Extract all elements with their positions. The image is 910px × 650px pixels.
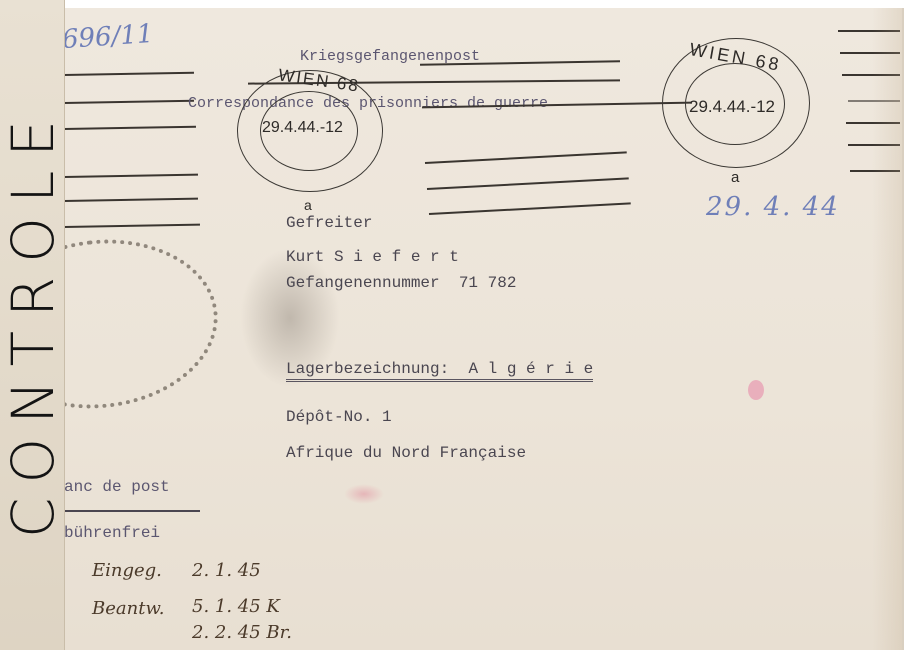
censor-strip: CONTROLE <box>0 0 65 650</box>
recipient-rank: Gefreiter <box>286 214 372 232</box>
camp-name: A l g é r i e <box>468 360 593 378</box>
franking-line1: anc de post <box>64 478 170 496</box>
franking-rule <box>64 510 200 512</box>
pow-number-line: Gefangenennummer 71 782 <box>286 274 516 292</box>
depot-line: Dépôt-No. 1 <box>286 408 392 426</box>
handwritten-label: Beantw. <box>92 598 164 619</box>
camp-line: Lagerbezeichnung: A l g é r i e <box>286 360 593 382</box>
pow-number-label: Gefangenennummer <box>286 274 440 292</box>
receipt-date-note: 29. 4. 44 <box>706 192 840 222</box>
envelope: 696/11 Kriegsgefangenenpost Correspondan… <box>0 8 904 650</box>
camp-label: Lagerbezeichnung: <box>286 360 449 378</box>
reference-note: 696/11 <box>61 19 154 55</box>
censor-text: CONTROLE <box>1 27 65 617</box>
franking-line2: bührenfrei <box>64 524 160 542</box>
handwritten-date: 2. 2. 45 Br. <box>192 622 292 643</box>
pow-number: 71 782 <box>459 274 517 292</box>
region-line: Afrique du Nord Française <box>286 444 526 462</box>
pink-stain <box>748 380 764 400</box>
handwritten-date: 2. 1. 45 <box>192 560 261 581</box>
postmark-right: WIEN 68 29.4.44.-12 a <box>662 38 810 168</box>
handwritten-date: 5. 1. 45 K <box>192 596 280 617</box>
pink-stain <box>344 484 384 504</box>
recipient-name: Kurt S i e f e r t <box>286 248 459 266</box>
postmark-left: WIEN 68 29.4.44.-12 a <box>237 70 383 192</box>
handwritten-label: Eingeg. <box>92 560 162 581</box>
